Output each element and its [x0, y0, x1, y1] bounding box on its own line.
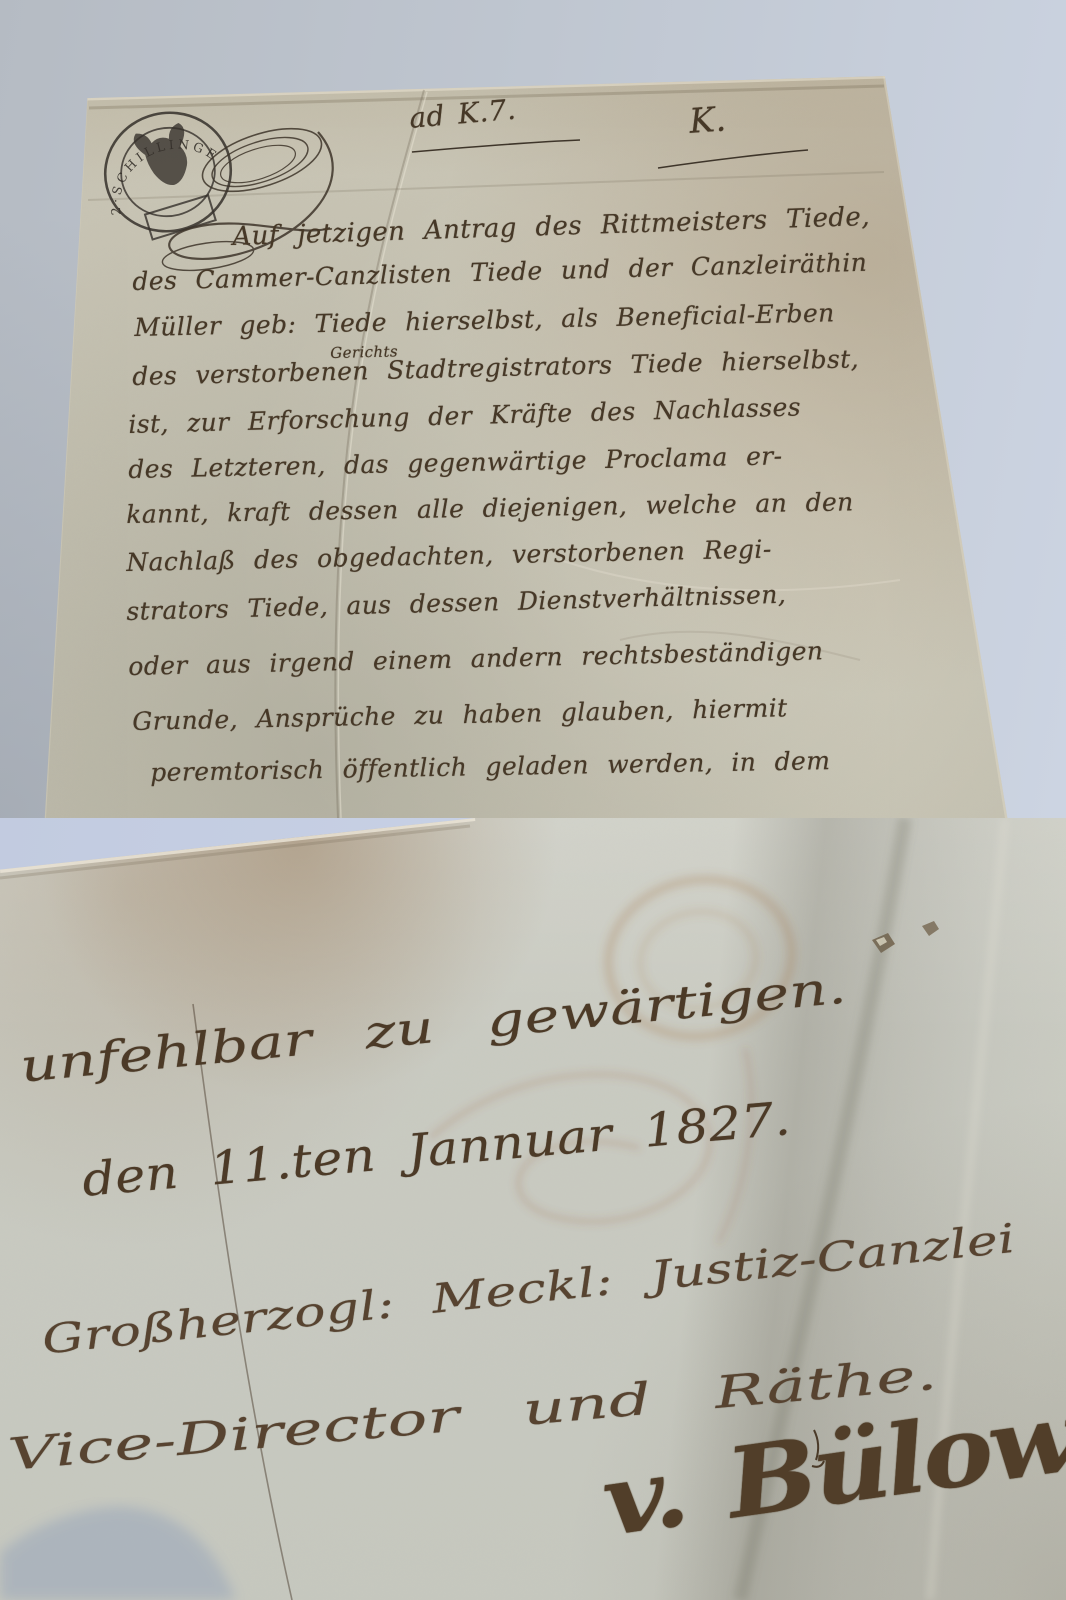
- photo-collage: 2·SCHILLINGE ad K.7. K.: [0, 0, 1066, 1600]
- photo-bottom-document-closeup: unfehlbar zu gewärtigen. den 11.ten Jann…: [0, 818, 1066, 1600]
- document-paper-closeup: unfehlbar zu gewärtigen. den 11.ten Jann…: [0, 818, 1066, 1600]
- photo-top-document-overview: 2·SCHILLINGE ad K.7. K.: [0, 0, 1066, 818]
- corner-letter-mark: K.: [688, 99, 728, 141]
